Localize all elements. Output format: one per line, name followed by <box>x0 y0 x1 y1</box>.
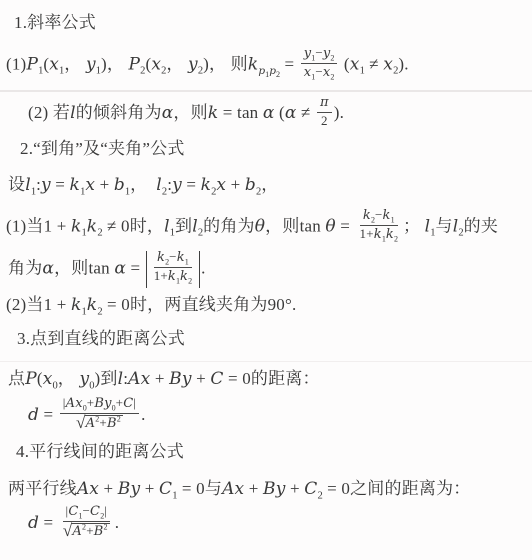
math-text: (2) 若 <box>28 103 70 122</box>
formula-angle-line1-to-line2: (1)当1 + k1k2 ≠ 0时，l1到l2的角为θ，则tan θ = k2−… <box>6 210 498 245</box>
math-text: 4.平行线间的距离公式 <box>16 442 184 461</box>
math-variable: k <box>177 250 185 265</box>
fraction-denominator: 1+k1k2 <box>151 268 195 285</box>
math-variable: y <box>188 54 198 74</box>
math-text: ≠ <box>297 103 315 122</box>
formula-slope-inclination: (2) 若l的倾斜角为α，则k = tan α (α ≠ π2). <box>28 97 344 131</box>
line-definitions: 设l1:y = k1x + b1， l2:y = k2x + b2， <box>8 174 278 196</box>
math-text: 1+ <box>154 268 168 283</box>
math-text: . <box>115 513 119 532</box>
math-text: 到 <box>175 216 192 235</box>
math-variable: B <box>94 396 104 411</box>
math-text: = 0的距离： <box>224 369 320 388</box>
math-text: )到 <box>95 369 118 388</box>
math-variable: p <box>269 65 276 77</box>
math-variable: k <box>383 208 391 223</box>
math-text: 的夹 <box>464 216 498 235</box>
math-variable: x <box>323 65 331 80</box>
math-variable: y <box>104 396 112 411</box>
math-variable: k <box>87 216 98 236</box>
math-variable: B <box>94 524 104 539</box>
math-text: + <box>86 523 94 538</box>
math-text: − <box>315 64 323 79</box>
math-variable: x <box>216 175 226 195</box>
math-variable: P <box>129 54 141 74</box>
math-text: ). <box>334 103 344 122</box>
math-variable: B <box>107 416 117 431</box>
math-text: 2.“到角”及“夹角”公式 <box>20 139 185 158</box>
math-variable: y <box>172 175 182 195</box>
fraction: y1−y2x1−x2 <box>301 46 338 81</box>
fraction-denominator: 2 <box>318 113 331 129</box>
math-text: 1.斜率公式 <box>14 13 96 32</box>
subscript: 2 <box>330 73 334 82</box>
superscript: 2 <box>104 523 108 532</box>
math-variable: B <box>118 479 131 499</box>
math-variable: y <box>41 175 51 195</box>
math-variable: C <box>304 479 317 499</box>
subscript: 2 <box>188 277 192 286</box>
subscript: p1p2 <box>258 66 280 77</box>
math-variable: x <box>350 54 360 74</box>
point-line-distance-intro: 点P(x0， y0)到l:Ax + By + C = 0的距离： <box>8 368 320 390</box>
math-variable: d <box>28 405 39 425</box>
math-text: ( <box>339 54 349 73</box>
math-variable: α <box>285 103 297 123</box>
math-variable: x <box>235 479 245 499</box>
math-variable: x <box>383 54 393 74</box>
math-variable: k <box>201 175 212 195</box>
math-text: + <box>87 395 95 410</box>
horizontal-divider-faint <box>0 361 532 362</box>
fraction-denominator: x1−x2 <box>301 64 338 81</box>
math-text: 则 <box>231 54 248 73</box>
fraction-denominator: √A2+B2 <box>73 414 126 432</box>
math-variable: C <box>159 479 172 499</box>
math-text: ， <box>58 369 80 388</box>
square-root: √A2+B2 <box>76 415 123 432</box>
math-text: + <box>140 479 159 498</box>
math-text: ， <box>166 54 188 73</box>
math-text: 设 <box>8 175 25 194</box>
math-variable: x <box>304 65 312 80</box>
math-variable: x <box>75 396 83 411</box>
math-variable: y <box>86 54 96 74</box>
math-text: | <box>133 395 136 410</box>
math-variable: k <box>71 216 82 236</box>
math-text: 2 <box>321 113 328 128</box>
section-2-heading: 2.“到角”及“夹角”公式 <box>20 138 185 160</box>
math-text: + <box>192 369 211 388</box>
fraction: |Ax0+By0+C|√A2+B2 <box>60 396 139 432</box>
fraction: k2−k11+k1k2 <box>357 208 401 243</box>
subscript: 2 <box>394 235 398 244</box>
math-text: | <box>104 503 107 518</box>
fraction: k2−k11+k1k2 <box>151 250 195 285</box>
math-text: = <box>51 175 70 194</box>
math-variable: A <box>77 479 89 499</box>
math-text: ，则 <box>173 103 207 122</box>
math-text: + <box>286 479 305 498</box>
math-variable: θ <box>255 216 265 236</box>
math-formula-sheet: 1.斜率公式 (1)P1(x1， y1)， P2(x2， y2)， 则kp1p2… <box>0 0 532 560</box>
math-variable: P <box>26 54 38 74</box>
subscript: 1 <box>391 216 395 225</box>
math-text: ). <box>398 54 408 73</box>
math-text: = <box>182 175 201 194</box>
math-variable: b <box>245 175 256 195</box>
section-3-heading: 3.点到直线的距离公式 <box>17 328 185 350</box>
superscript: 2 <box>117 415 121 424</box>
math-variable: b <box>114 175 125 195</box>
math-text: 1+ <box>360 226 374 241</box>
math-variable: α <box>42 258 54 278</box>
math-text: (1) <box>6 54 26 73</box>
math-variable: y <box>276 479 286 499</box>
fraction-numerator: |C1−C2| <box>63 504 111 522</box>
formula-perpendicular-case: (2)当1 + k1k2 = 0时，两直线夹角为90°. <box>6 294 296 316</box>
formula-parallel-lines-distance: d = |C1−C2|√A2+B2. <box>28 506 119 542</box>
math-text: ( <box>275 103 285 122</box>
math-variable: A <box>222 479 234 499</box>
math-text: ， <box>130 175 156 194</box>
math-variable: x <box>43 369 53 389</box>
fraction-numerator: k2−k1 <box>360 208 398 226</box>
absolute-value: k2−k11+k1k2 <box>146 251 200 288</box>
math-variable: x <box>151 54 161 74</box>
math-text: 的倾斜角为 <box>76 103 162 122</box>
math-text: + <box>244 479 263 498</box>
math-text: = 0之间的距离为： <box>323 479 471 498</box>
math-variable: y <box>182 369 192 389</box>
subscript: 1 <box>185 258 189 267</box>
math-text: 两平行线 <box>8 479 77 498</box>
math-variable: k <box>208 103 219 123</box>
horizontal-divider <box>0 90 532 92</box>
fraction-numerator: k2−k1 <box>154 250 192 268</box>
math-text: = <box>39 513 58 532</box>
math-variable: k <box>248 54 259 74</box>
radicand: A2+B2 <box>71 523 109 540</box>
math-text: ≠ <box>365 54 383 73</box>
math-text: + <box>95 175 114 194</box>
math-variable: k <box>71 295 82 315</box>
parallel-lines-intro: 两平行线Ax + By + C1 = 0与Ax + By + C2 = 0之间的… <box>8 478 471 500</box>
math-text: + <box>99 479 118 498</box>
math-variable: α <box>114 258 126 278</box>
math-variable: y <box>304 46 312 61</box>
math-variable: k <box>87 295 98 315</box>
math-text: ， <box>64 54 86 73</box>
math-text: ≠ 0时， <box>103 216 165 235</box>
math-variable: y <box>79 369 89 389</box>
math-text: 的角为 <box>203 216 255 235</box>
math-variable: y <box>130 479 140 499</box>
math-variable: B <box>263 479 276 499</box>
math-variable: x <box>89 479 99 499</box>
radicand: A2+B2 <box>85 415 123 432</box>
math-variable: C <box>68 504 78 519</box>
math-text: − <box>375 207 383 222</box>
math-variable: P <box>25 369 37 389</box>
math-variable: x <box>49 54 59 74</box>
math-text: . <box>201 258 205 277</box>
math-text: − <box>169 249 177 264</box>
fraction: π2 <box>317 95 332 129</box>
math-variable: B <box>169 369 182 389</box>
math-text: )， <box>101 54 129 73</box>
math-variable: π <box>320 95 329 110</box>
formula-angle-between-lines-continued: 角为α，则tan α = k2−k11+k1k2. <box>8 251 206 288</box>
math-text: 角为 <box>8 258 42 277</box>
section-4-heading: 4.平行线间的距离公式 <box>16 441 184 463</box>
math-text: 3.点到直线的距离公式 <box>17 329 185 348</box>
math-text: + <box>226 175 245 194</box>
math-text: . <box>141 405 145 424</box>
math-variable: x <box>85 175 95 195</box>
math-variable: C <box>123 396 133 411</box>
fraction-numerator: y1−y2 <box>301 46 338 64</box>
math-text: = tan <box>218 103 263 122</box>
section-1-heading: 1.斜率公式 <box>14 12 96 34</box>
math-text: − <box>315 45 323 60</box>
math-variable: k <box>70 175 81 195</box>
math-variable: A <box>72 524 82 539</box>
math-text: = <box>39 405 58 424</box>
math-text: ； <box>403 216 425 235</box>
fraction-denominator: 1+k1k2 <box>357 226 401 243</box>
math-text: = <box>336 216 355 235</box>
math-variable: A <box>66 396 76 411</box>
formula-point-line-distance: d = |Ax0+By0+C|√A2+B2. <box>28 398 146 434</box>
square-root: √A2+B2 <box>63 523 110 540</box>
math-variable: C <box>210 369 223 389</box>
math-text: = <box>126 258 145 277</box>
math-text: ， <box>261 175 278 194</box>
math-variable: α <box>263 103 275 123</box>
math-variable: y <box>323 46 331 61</box>
math-text: = <box>280 54 299 73</box>
math-text: = 0与 <box>177 479 222 498</box>
fraction-denominator: √A2+B2 <box>60 522 113 540</box>
fraction-numerator: |Ax0+By0+C| <box>60 396 139 414</box>
math-text: ，则tan <box>265 216 325 235</box>
math-variable: A <box>128 369 140 389</box>
math-text: = 0时，两直线夹角为90°. <box>103 295 297 314</box>
math-variable: α <box>162 103 174 123</box>
math-text: (1)当1 + <box>6 216 71 235</box>
subscript: 2 <box>330 54 334 63</box>
math-text: )， <box>203 54 231 73</box>
math-variable: θ <box>325 216 335 236</box>
math-text: + <box>150 369 169 388</box>
math-variable: C <box>90 504 100 519</box>
fraction-numerator: π <box>317 95 332 113</box>
math-variable: x <box>141 369 151 389</box>
math-variable: d <box>28 513 39 533</box>
math-text: (2)当1 + <box>6 295 71 314</box>
math-text: 与 <box>436 216 453 235</box>
fraction: |C1−C2|√A2+B2 <box>60 504 113 540</box>
math-text: 点 <box>8 369 25 388</box>
formula-slope-two-points: (1)P1(x1， y1)， P2(x2， y2)， 则kp1p2 = y1−y… <box>6 48 409 83</box>
math-variable: A <box>86 416 96 431</box>
math-text: ，则tan <box>54 258 114 277</box>
